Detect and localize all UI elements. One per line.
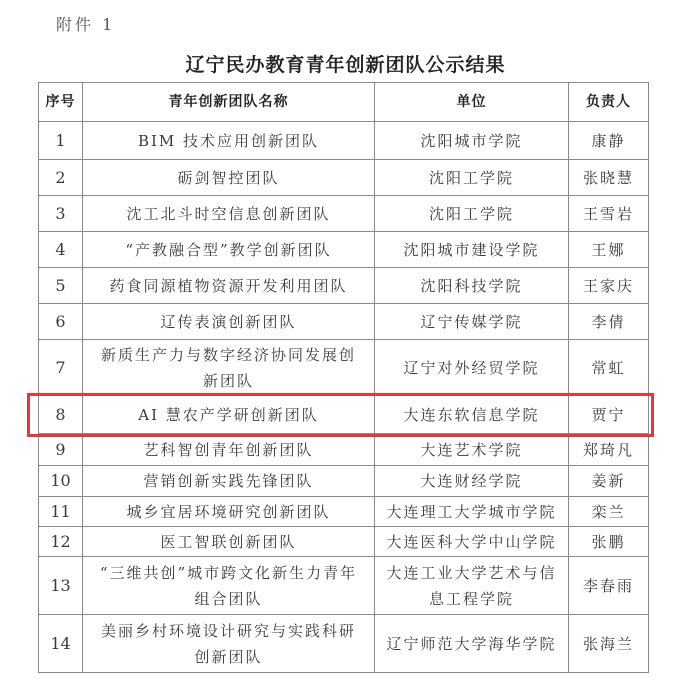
leader-name: 王家庆 bbox=[569, 268, 649, 304]
header-leader: 负责人 bbox=[569, 83, 649, 122]
team-name: 美丽乡村环境设计研究与实践科研创新团队 bbox=[83, 615, 375, 673]
row-number: 10 bbox=[39, 466, 83, 497]
unit-name: 沈阳城市建设学院 bbox=[375, 232, 569, 268]
row-number: 9 bbox=[39, 434, 83, 466]
team-name: 新质生产力与数字经济协同发展创新团队 bbox=[83, 340, 375, 396]
attachment-label: 附件 1 bbox=[56, 12, 115, 35]
table-row: 8AI 慧农产学研创新团队大连东软信息学院贾宁 bbox=[39, 396, 649, 434]
unit-name: 大连财经学院 bbox=[375, 466, 569, 497]
table-row: 3沈工北斗时空信息创新团队沈阳工学院王雪岩 bbox=[39, 196, 649, 232]
team-name: 沈工北斗时空信息创新团队 bbox=[83, 196, 375, 232]
table-row: 2砺剑智控团队沈阳工学院张晓慧 bbox=[39, 160, 649, 196]
unit-name: 沈阳工学院 bbox=[375, 196, 569, 232]
team-name: 药食同源植物资源开发利用团队 bbox=[83, 268, 375, 304]
team-name: 营销创新实践先锋团队 bbox=[83, 466, 375, 497]
team-name: 医工智联创新团队 bbox=[83, 527, 375, 557]
team-name: “三维共创”城市跨文化新生力青年组合团队 bbox=[83, 557, 375, 615]
unit-name: 沈阳工学院 bbox=[375, 160, 569, 196]
unit-name: 大连工业大学艺术与信息工程学院 bbox=[375, 557, 569, 615]
leader-name: 张海兰 bbox=[569, 615, 649, 673]
leader-name: 贾宁 bbox=[569, 396, 649, 434]
row-number: 2 bbox=[39, 160, 83, 196]
leader-name: 李春雨 bbox=[569, 557, 649, 615]
table-row: 6辽传表演创新团队辽宁传媒学院李倩 bbox=[39, 304, 649, 340]
row-number: 12 bbox=[39, 527, 83, 557]
unit-name: 大连艺术学院 bbox=[375, 434, 569, 466]
row-number: 4 bbox=[39, 232, 83, 268]
leader-name: 张晓慧 bbox=[569, 160, 649, 196]
leader-name: 王雪岩 bbox=[569, 196, 649, 232]
table-row: 1BIM 技术应用创新团队沈阳城市学院康静 bbox=[39, 122, 649, 160]
unit-name: 辽宁传媒学院 bbox=[375, 304, 569, 340]
unit-name: 辽宁对外经贸学院 bbox=[375, 340, 569, 396]
unit-name: 大连医科大学中山学院 bbox=[375, 527, 569, 557]
row-number: 13 bbox=[39, 557, 83, 615]
row-number: 6 bbox=[39, 304, 83, 340]
row-number: 1 bbox=[39, 122, 83, 160]
table-row: 5药食同源植物资源开发利用团队沈阳科技学院王家庆 bbox=[39, 268, 649, 304]
leader-name: 姜新 bbox=[569, 466, 649, 497]
row-number: 11 bbox=[39, 497, 83, 527]
leader-name: 栾兰 bbox=[569, 497, 649, 527]
unit-name: 大连理工大学城市学院 bbox=[375, 497, 569, 527]
table-row: 12医工智联创新团队大连医科大学中山学院张鹏 bbox=[39, 527, 649, 557]
table-row: 9艺科智创青年创新团队大连艺术学院郑琦凡 bbox=[39, 434, 649, 466]
team-name: 艺科智创青年创新团队 bbox=[83, 434, 375, 466]
team-name: “产教融合型”教学创新团队 bbox=[83, 232, 375, 268]
table-row: 11城乡宜居环境研究创新团队大连理工大学城市学院栾兰 bbox=[39, 497, 649, 527]
unit-name: 大连东软信息学院 bbox=[375, 396, 569, 434]
unit-name: 沈阳科技学院 bbox=[375, 268, 569, 304]
header-no: 序号 bbox=[39, 83, 83, 122]
row-number: 8 bbox=[39, 396, 83, 434]
row-number: 14 bbox=[39, 615, 83, 673]
table-row: 13“三维共创”城市跨文化新生力青年组合团队大连工业大学艺术与信息工程学院李春雨 bbox=[39, 557, 649, 615]
table-row: 14美丽乡村环境设计研究与实践科研创新团队辽宁师范大学海华学院张海兰 bbox=[39, 615, 649, 673]
table-row: 10营销创新实践先锋团队大连财经学院姜新 bbox=[39, 466, 649, 497]
table-row: 7新质生产力与数字经济协同发展创新团队辽宁对外经贸学院常虹 bbox=[39, 340, 649, 396]
leader-name: 康静 bbox=[569, 122, 649, 160]
row-number: 3 bbox=[39, 196, 83, 232]
leader-name: 张鹏 bbox=[569, 527, 649, 557]
table-row: 4“产教融合型”教学创新团队沈阳城市建设学院王娜 bbox=[39, 232, 649, 268]
team-name: AI 慧农产学研创新团队 bbox=[83, 396, 375, 434]
unit-name: 辽宁师范大学海华学院 bbox=[375, 615, 569, 673]
leader-name: 李倩 bbox=[569, 304, 649, 340]
leader-name: 郑琦凡 bbox=[569, 434, 649, 466]
header-team: 青年创新团队名称 bbox=[83, 83, 375, 122]
team-name: 辽传表演创新团队 bbox=[83, 304, 375, 340]
leader-name: 常虹 bbox=[569, 340, 649, 396]
team-name: 砺剑智控团队 bbox=[83, 160, 375, 196]
table-header-row: 序号 青年创新团队名称 单位 负责人 bbox=[39, 83, 649, 122]
header-unit: 单位 bbox=[375, 83, 569, 122]
row-number: 7 bbox=[39, 340, 83, 396]
row-number: 5 bbox=[39, 268, 83, 304]
team-name: 城乡宜居环境研究创新团队 bbox=[83, 497, 375, 527]
document-title: 辽宁民办教育青年创新团队公示结果 bbox=[0, 50, 691, 77]
leader-name: 王娜 bbox=[569, 232, 649, 268]
unit-name: 沈阳城市学院 bbox=[375, 122, 569, 160]
results-table: 序号 青年创新团队名称 单位 负责人 1BIM 技术应用创新团队沈阳城市学院康静… bbox=[38, 82, 649, 673]
team-name: BIM 技术应用创新团队 bbox=[83, 122, 375, 160]
